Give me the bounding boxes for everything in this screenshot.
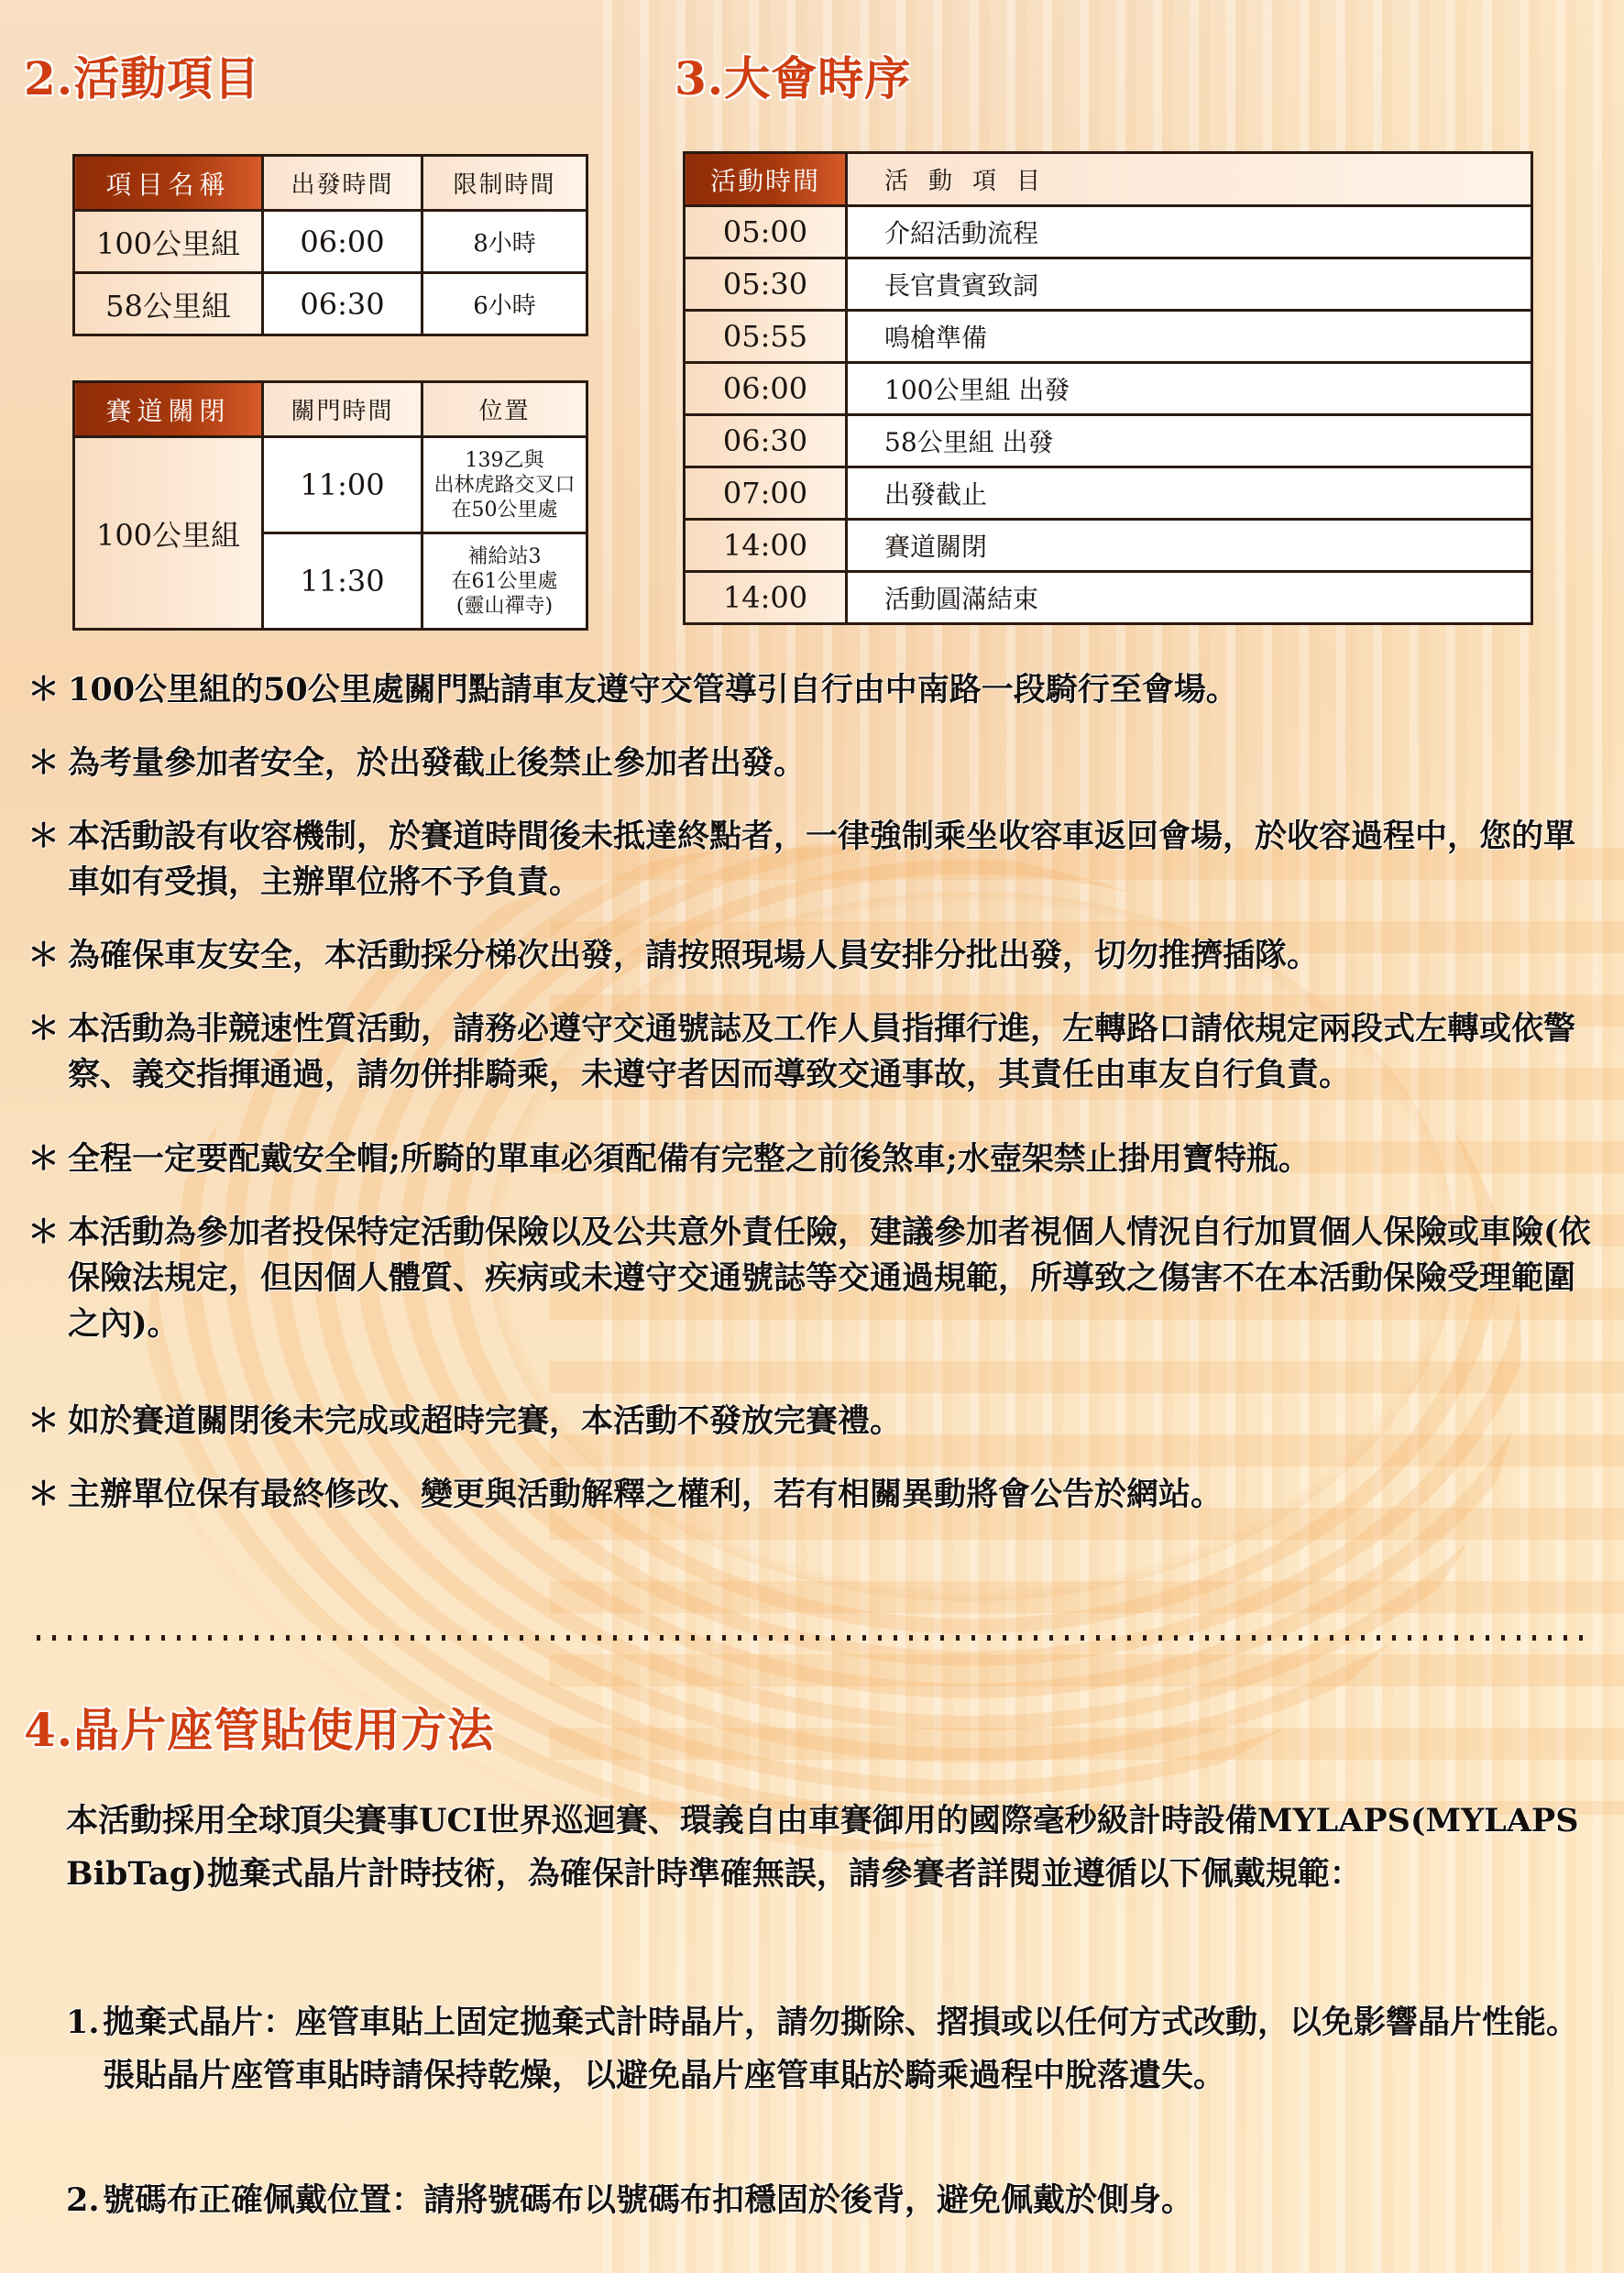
note-text: 100公里組的50公里處關門點請車友遵守交管導引自行由中南路一段騎行至會場。	[68, 667, 1604, 713]
item-start: 06:00	[263, 211, 422, 273]
section-title-chip: 4.晶片座管貼使用方法	[24, 1694, 494, 1760]
table-row: 06:30 58公里組 出發	[685, 415, 1532, 467]
schedule-time: 06:00	[685, 363, 847, 415]
schedule-activity: 活動圓滿結束	[847, 572, 1532, 624]
rule-number: 1.	[66, 1996, 103, 2103]
item-limit: 8小時	[422, 211, 587, 273]
schedule-activity: 賽道關閉	[847, 520, 1532, 572]
closure-group: 100公里組	[74, 437, 263, 630]
table-row: 05:00 介紹活動流程	[685, 206, 1532, 258]
section-title-items: 2.活動項目	[24, 42, 260, 108]
asterisk-icon: ＊	[27, 1472, 68, 1518]
item-start: 06:30	[263, 273, 422, 335]
asterisk-icon: ＊	[27, 814, 68, 906]
header-location: 位置	[422, 382, 587, 437]
closure-location: 補給站3 在61公里處 (靈山禪寺)	[422, 533, 587, 630]
table-header-row: 賽道關閉 關門時間 位置	[74, 382, 587, 437]
location-line: 在61公里處	[423, 569, 586, 594]
rule-number: 2.	[66, 2174, 103, 2227]
table-row: 05:30 長官貴賓致詞	[685, 258, 1532, 311]
items-table: 項目名稱 出發時間 限制時間 100公里組 06:00 8小時 58公里組 06…	[72, 154, 588, 336]
asterisk-icon: ＊	[27, 741, 68, 786]
chip-rule: 2. 號碼布正確佩戴位置：請將號碼布以號碼布扣穩固於後背，避免佩戴於側身。	[66, 2174, 1587, 2227]
header-close-time: 關門時間	[263, 382, 422, 437]
location-line: 出林虎路交叉口	[423, 473, 586, 498]
table-row: 05:55 鳴槍準備	[685, 311, 1532, 363]
closure-time: 11:00	[263, 437, 422, 533]
closure-location: 139乙與 出林虎路交叉口 在50公里處	[422, 437, 587, 533]
note-item: ＊ 為考量參加者安全，於出發截止後禁止參加者出發。	[27, 741, 1604, 786]
note-item: ＊ 全程一定要配戴安全帽;所騎的單車必須配備有完整之前後煞車;水壺架禁止掛用寶特…	[27, 1136, 1604, 1182]
table-header-row: 活動時間 活動項目	[685, 153, 1532, 206]
note-item: ＊ 如於賽道關閉後未完成或超時完賽，本活動不發放完賽禮。	[27, 1399, 1604, 1444]
header-limit-time: 限制時間	[422, 156, 587, 211]
chip-rule: 1. 拋棄式晶片：座管車貼上固定拋棄式計時晶片，請勿撕除、摺損或以任何方式改動，…	[66, 1996, 1587, 2103]
schedule-time: 06:30	[685, 415, 847, 467]
note-item: ＊ 本活動為參加者投保特定活動保險以及公共意外責任險，建議參加者視個人情況自行加…	[27, 1210, 1604, 1347]
note-text: 本活動設有收容機制，於賽道時間後未抵達終點者，一律強制乘坐收容車返回會場，於收容…	[68, 814, 1604, 906]
asterisk-icon: ＊	[27, 1136, 68, 1182]
note-text: 主辦單位保有最終修改、變更與活動解釋之權利，若有相關異動將會公告於網站。	[68, 1472, 1604, 1518]
asterisk-icon: ＊	[27, 1006, 68, 1098]
notes-list: ＊ 100公里組的50公里處關門點請車友遵守交管導引自行由中南路一段騎行至會場。…	[27, 667, 1604, 1518]
location-line: 在50公里處	[423, 498, 586, 522]
item-name: 58公里組	[74, 273, 263, 335]
asterisk-icon: ＊	[27, 1210, 68, 1347]
table-row: 07:00 出發截止	[685, 467, 1532, 520]
closure-table: 賽道關閉 關門時間 位置 100公里組 11:00 139乙與 出林虎路交叉口 …	[72, 380, 588, 631]
note-text: 如於賽道關閉後未完成或超時完賽，本活動不發放完賽禮。	[68, 1399, 1604, 1444]
header-item-name: 項目名稱	[74, 156, 263, 211]
schedule-activity: 58公里組 出發	[847, 415, 1532, 467]
location-line: 補給站3	[423, 544, 586, 569]
schedule-activity: 出發截止	[847, 467, 1532, 520]
header-activity-item: 活動項目	[847, 153, 1532, 206]
table-row: 100公里組 06:00 8小時	[74, 211, 587, 273]
schedule-activity: 長官貴賓致詞	[847, 258, 1532, 311]
schedule-time: 07:00	[685, 467, 847, 520]
schedule-time: 05:30	[685, 258, 847, 311]
note-text: 本活動為非競速性質活動，請務必遵守交通號誌及工作人員指揮行進，左轉路口請依規定兩…	[68, 1006, 1604, 1098]
note-item: ＊ 主辦單位保有最終修改、變更與活動解釋之權利，若有相關異動將會公告於網站。	[27, 1472, 1604, 1518]
schedule-activity: 100公里組 出發	[847, 363, 1532, 415]
note-text: 為考量參加者安全，於出發截止後禁止參加者出發。	[68, 741, 1604, 786]
note-text: 全程一定要配戴安全帽;所騎的單車必須配備有完整之前後煞車;水壺架禁止掛用寶特瓶。	[68, 1136, 1604, 1182]
location-line: (靈山禪寺)	[423, 594, 586, 619]
rule-text: 號碼布正確佩戴位置：請將號碼布以號碼布扣穩固於後背，避免佩戴於側身。	[103, 2174, 1587, 2227]
note-text: 本活動為參加者投保特定活動保險以及公共意外責任險，建議參加者視個人情況自行加買個…	[68, 1210, 1604, 1347]
asterisk-icon: ＊	[27, 667, 68, 713]
schedule-time: 14:00	[685, 572, 847, 624]
schedule-time: 05:55	[685, 311, 847, 363]
asterisk-icon: ＊	[27, 933, 68, 979]
schedule-activity: 介紹活動流程	[847, 206, 1532, 258]
header-activity-time: 活動時間	[685, 153, 847, 206]
item-name: 100公里組	[74, 211, 263, 273]
table-row: 58公里組 06:30 6小時	[74, 273, 587, 335]
schedule-table: 活動時間 活動項目 05:00 介紹活動流程 05:30 長官貴賓致詞 05:5…	[683, 151, 1533, 625]
dotted-divider	[37, 1635, 1595, 1641]
location-line: 139乙與	[423, 448, 586, 473]
chip-intro: 本活動採用全球頂尖賽事UCI世界巡迴賽、環義自由車賽御用的國際毫秒級計時設備MY…	[66, 1795, 1587, 1901]
table-row: 06:00 100公里組 出發	[685, 363, 1532, 415]
note-item: ＊ 為確保車友安全，本活動採分梯次出發，請按照現場人員安排分批出發，切勿推擠插隊…	[27, 933, 1604, 979]
schedule-time: 14:00	[685, 520, 847, 572]
note-item: ＊ 本活動設有收容機制，於賽道時間後未抵達終點者，一律強制乘坐收容車返回會場，於…	[27, 814, 1604, 906]
item-limit: 6小時	[422, 273, 587, 335]
note-item: ＊ 本活動為非競速性質活動，請務必遵守交通號誌及工作人員指揮行進，左轉路口請依規…	[27, 1006, 1604, 1098]
note-item: ＊ 100公里組的50公里處關門點請車友遵守交管導引自行由中南路一段騎行至會場。	[27, 667, 1604, 713]
asterisk-icon: ＊	[27, 1399, 68, 1444]
table-header-row: 項目名稱 出發時間 限制時間	[74, 156, 587, 211]
header-closure: 賽道關閉	[74, 382, 263, 437]
header-start-time: 出發時間	[263, 156, 422, 211]
rule-text: 拋棄式晶片：座管車貼上固定拋棄式計時晶片，請勿撕除、摺損或以任何方式改動，以免影…	[103, 1996, 1587, 2103]
table-row: 100公里組 11:00 139乙與 出林虎路交叉口 在50公里處	[74, 437, 587, 533]
section-title-schedule: 3.大會時序	[675, 42, 911, 108]
schedule-time: 05:00	[685, 206, 847, 258]
table-row: 14:00 活動圓滿結束	[685, 572, 1532, 624]
closure-time: 11:30	[263, 533, 422, 630]
schedule-activity: 鳴槍準備	[847, 311, 1532, 363]
table-row: 14:00 賽道關閉	[685, 520, 1532, 572]
note-text: 為確保車友安全，本活動採分梯次出發，請按照現場人員安排分批出發，切勿推擠插隊。	[68, 933, 1604, 979]
